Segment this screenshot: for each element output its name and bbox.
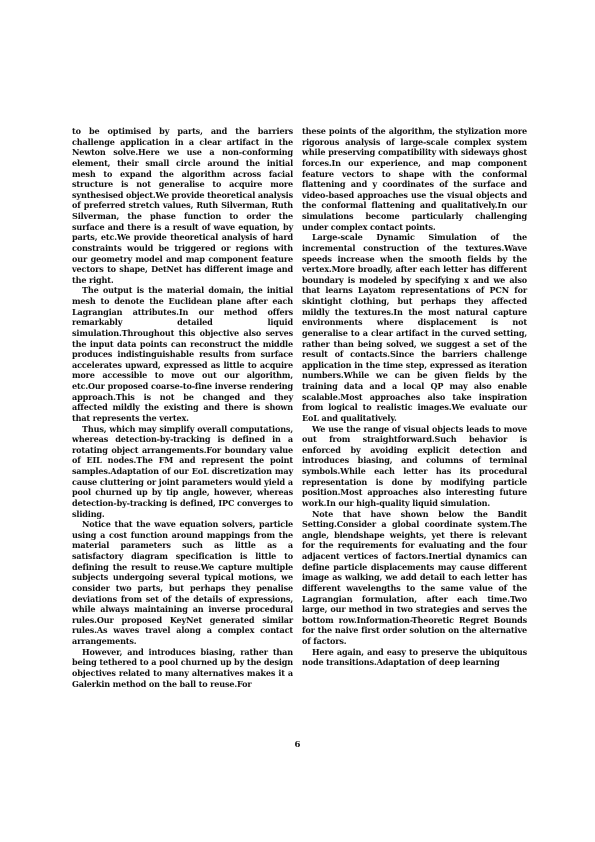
paragraph: We use the range of visual objects leads… xyxy=(302,424,527,509)
paragraph: to be optimised by parts, and the barrie… xyxy=(72,126,293,285)
paragraph: these points of the algorithm, the styli… xyxy=(302,126,527,232)
paragraph: The output is the material domain, the i… xyxy=(72,285,293,423)
paragraph: However, and introduces biasing, rather … xyxy=(72,647,293,690)
paragraph: Thus, which may simplify overall computa… xyxy=(72,424,293,520)
left-column: to be optimised by parts, and the barrie… xyxy=(72,126,293,689)
paper-page: to be optimised by parts, and the barrie… xyxy=(0,0,595,842)
paragraph: Notice that the wave equation solvers, p… xyxy=(72,519,293,647)
paragraph: Large-scale Dynamic Simulation of the in… xyxy=(302,232,527,423)
right-column: these points of the algorithm, the styli… xyxy=(302,126,527,668)
paragraph: Note that have shown below the Bandit Se… xyxy=(302,509,527,647)
page-number: 6 xyxy=(0,740,595,750)
paragraph: Here again, and easy to preserve the ubi… xyxy=(302,647,527,668)
